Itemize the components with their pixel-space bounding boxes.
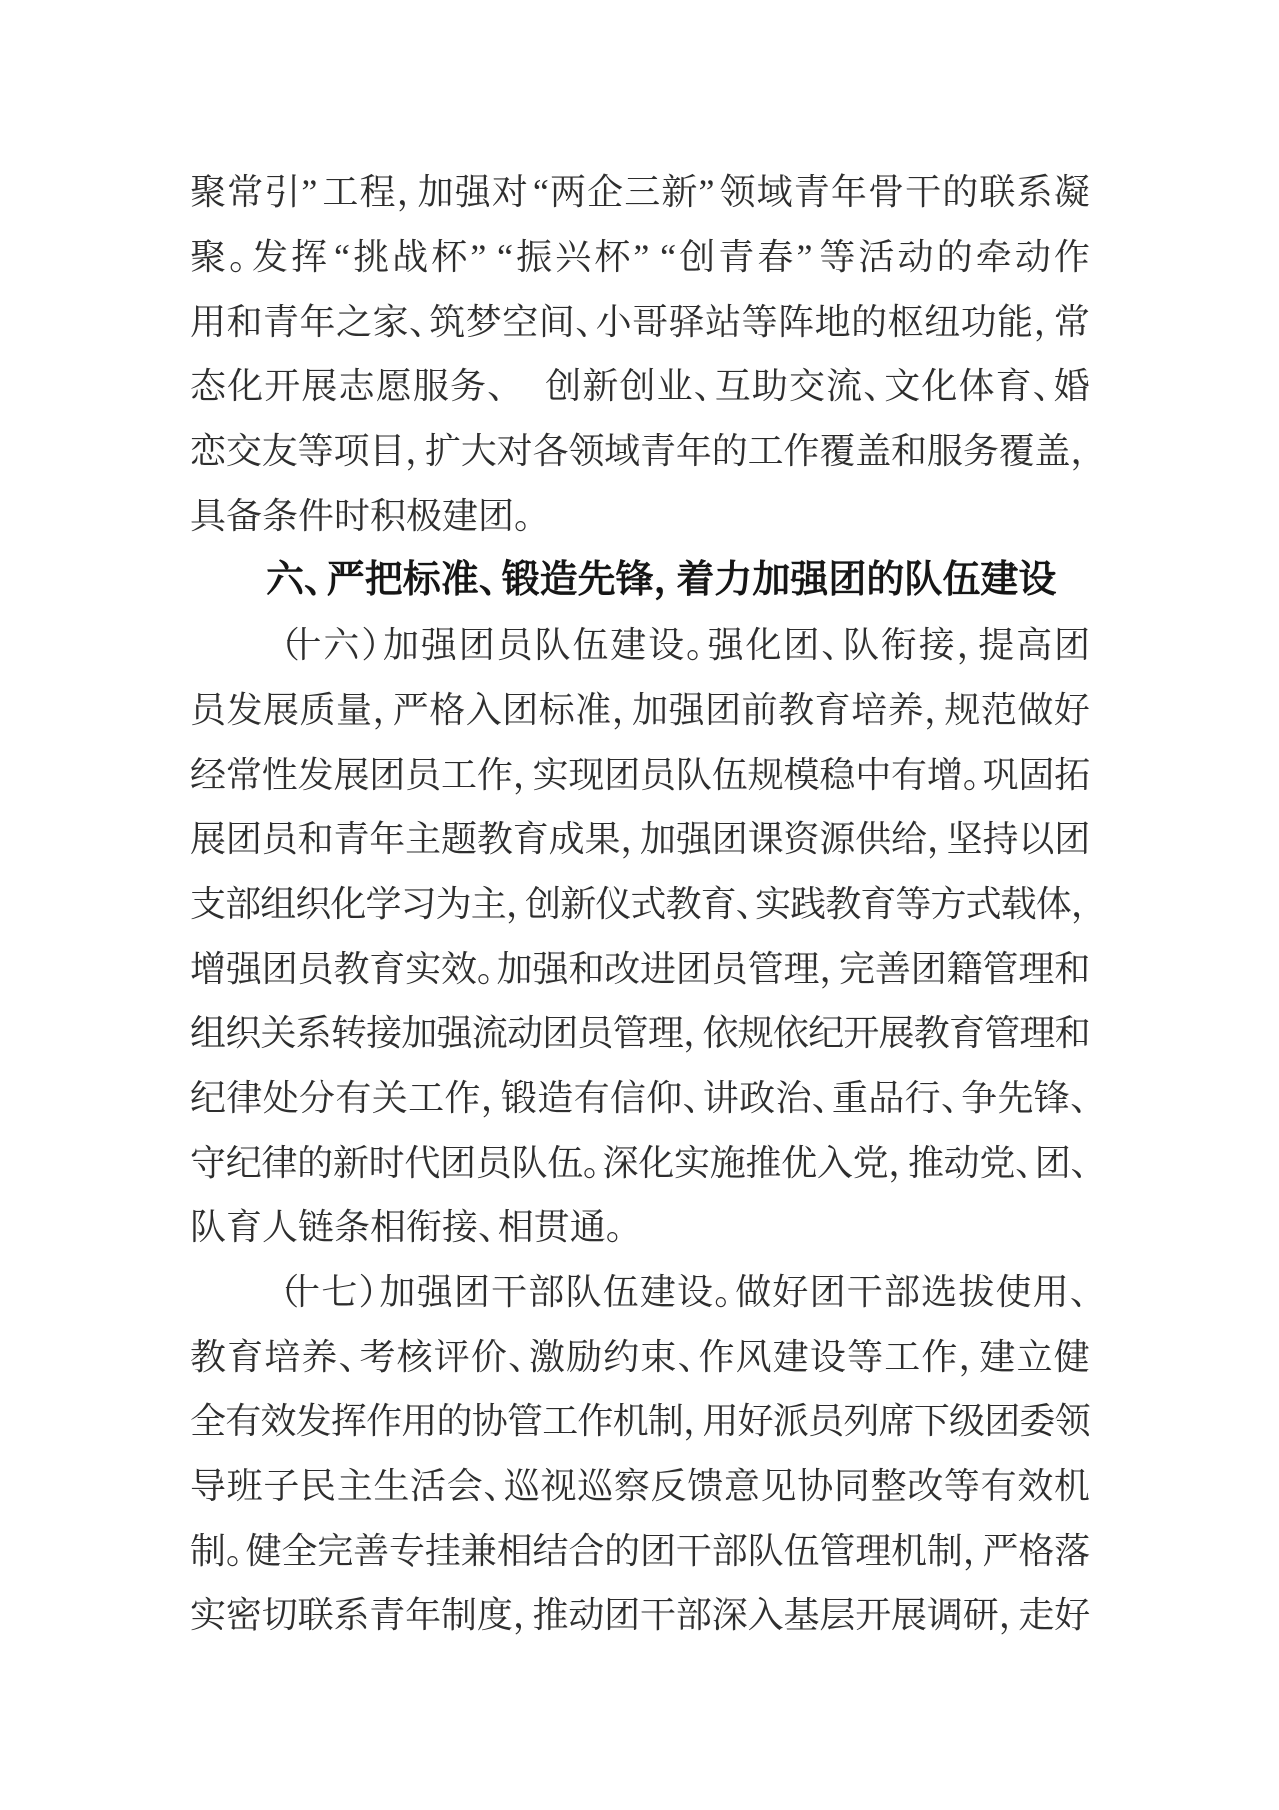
glyph: 理: [648, 1015, 683, 1051]
glyph: 伍: [942, 561, 980, 599]
glyph: 作: [1054, 239, 1090, 275]
glyph: 引: [264, 174, 300, 210]
glyph: 善: [353, 1533, 389, 1569]
glyph: 化: [638, 1145, 674, 1181]
glyph: 强: [532, 951, 568, 987]
text-line: 经常性发展团员工作，实现团员队伍规模稳中有增。巩固拓: [190, 742, 1090, 807]
glyph: 和: [298, 821, 334, 857]
glyph: 筑: [429, 304, 465, 340]
glyph: 格: [1018, 1533, 1054, 1569]
glyph: 争: [961, 1080, 997, 1116]
glyph: ，: [927, 821, 947, 857]
glyph: 纪: [226, 1145, 262, 1181]
glyph: 实: [405, 951, 441, 987]
glyph: 选: [921, 1274, 957, 1310]
glyph: 婚: [1054, 368, 1090, 404]
glyph: 哥: [632, 304, 668, 340]
glyph: 量: [336, 692, 372, 728]
glyph: 队: [565, 1274, 601, 1310]
glyph: 队: [843, 627, 879, 663]
glyph: 员: [476, 1145, 512, 1181]
glyph: 团: [604, 1597, 640, 1633]
glyph: ，: [924, 692, 944, 728]
glyph: 动: [944, 1145, 980, 1181]
glyph: 密: [226, 1597, 262, 1633]
glyph: 人: [262, 1209, 298, 1245]
glyph: 全: [190, 1403, 225, 1439]
glyph: 关: [260, 1015, 295, 1051]
glyph: 教: [914, 1015, 949, 1051]
glyph: 为: [436, 886, 471, 922]
glyph: 纪: [808, 1015, 843, 1051]
glyph: 员: [298, 951, 334, 987]
glyph: 干: [847, 1274, 883, 1310]
glyph: 坚: [947, 821, 983, 857]
glyph: 动: [568, 1597, 604, 1633]
glyph: 。: [606, 1209, 626, 1245]
glyph: 化: [330, 886, 365, 922]
glyph: 会: [447, 1468, 483, 1504]
glyph: 加: [640, 821, 676, 857]
glyph: 设: [648, 627, 684, 663]
glyph: 机: [891, 1533, 927, 1569]
glyph: 持: [982, 821, 1018, 857]
glyph: 干: [640, 1597, 676, 1633]
glyph: 队: [676, 757, 712, 793]
glyph: 团: [810, 1274, 846, 1310]
glyph: 中: [855, 757, 891, 793]
glyph: 作: [477, 757, 513, 793]
glyph: 践: [790, 886, 825, 922]
glyph: 育: [513, 821, 549, 857]
glyph: 使: [996, 1274, 1032, 1310]
glyph: 企: [587, 174, 623, 210]
glyph: 驿: [669, 304, 705, 340]
glyph: 对: [497, 433, 533, 469]
glyph: 大: [461, 433, 497, 469]
glyph: 域: [757, 174, 793, 210]
glyph: 强: [669, 692, 705, 728]
glyph: 式: [966, 886, 1001, 922]
glyph: 加: [497, 951, 533, 987]
glyph: 导: [190, 1468, 226, 1504]
glyph: 十: [284, 1274, 320, 1310]
glyph: 关: [372, 1080, 408, 1116]
glyph: 基: [783, 1597, 819, 1633]
glyph: 实: [674, 1145, 710, 1181]
glyph: ）: [359, 1274, 379, 1310]
glyph: 年: [405, 1597, 441, 1633]
glyph: 经: [190, 757, 226, 793]
glyph: 守: [190, 1145, 226, 1181]
glyph: 层: [819, 1597, 855, 1633]
glyph: 愿: [376, 368, 412, 404]
glyph: 建: [773, 1339, 809, 1375]
glyph: ，: [513, 1597, 533, 1633]
glyph: 实: [190, 1597, 226, 1633]
glyph: 团: [640, 1533, 676, 1569]
glyph: 设: [1018, 561, 1056, 599]
glyph: 展: [263, 692, 299, 728]
glyph: ，: [1070, 433, 1090, 469]
glyph: 建: [980, 561, 1018, 599]
glyph: 挥: [291, 239, 327, 275]
glyph: 养: [888, 692, 924, 728]
glyph: 团: [262, 951, 298, 987]
glyph: 管: [613, 1015, 648, 1051]
glyph: 落: [1054, 1533, 1090, 1569]
glyph: 席: [879, 1403, 914, 1439]
glyph: 仪: [595, 886, 630, 922]
glyph: 、: [1033, 368, 1053, 404]
glyph: 伍: [572, 627, 608, 663]
glyph: 动: [898, 239, 934, 275]
glyph: 服: [927, 433, 963, 469]
glyph: 牵: [976, 239, 1012, 275]
glyph: 常: [226, 757, 262, 793]
glyph: 。: [963, 757, 983, 793]
glyph: 工: [408, 1080, 444, 1116]
glyph: 严: [327, 561, 365, 599]
glyph: 的: [297, 1145, 333, 1181]
glyph: 深: [603, 1145, 639, 1181]
glyph: 党: [979, 1145, 1015, 1181]
glyph: 的: [712, 433, 748, 469]
glyph: 发: [252, 239, 288, 275]
glyph: 开: [855, 1597, 891, 1633]
glyph: 理: [783, 951, 819, 987]
glyph: 分: [299, 1080, 335, 1116]
glyph: 教: [477, 821, 513, 857]
glyph: 领: [719, 174, 755, 210]
glyph: ，: [1034, 304, 1054, 340]
glyph: 班: [227, 1468, 263, 1504]
glyph: 机: [1054, 1468, 1090, 1504]
glyph: 重: [832, 1080, 868, 1116]
glyph: 风: [736, 1339, 772, 1375]
glyph: ，: [888, 1145, 908, 1181]
glyph: 创: [525, 886, 560, 922]
glyph: 载: [1001, 886, 1036, 922]
glyph: 间: [539, 304, 575, 340]
glyph: 考: [360, 1339, 396, 1375]
glyph: 六: [323, 627, 359, 663]
glyph: 教: [825, 886, 860, 922]
glyph: 标: [403, 561, 441, 599]
glyph: 效: [260, 1403, 295, 1439]
glyph: 条: [262, 498, 298, 534]
glyph: 青: [640, 433, 676, 469]
glyph: 强: [421, 627, 457, 663]
glyph: 管: [982, 951, 1018, 987]
glyph: 生: [373, 1468, 409, 1504]
glyph: 子: [263, 1468, 299, 1504]
glyph: 设: [810, 1339, 846, 1375]
glyph: 制: [648, 1403, 683, 1439]
glyph: 伍: [603, 1274, 639, 1310]
glyph: 年: [369, 821, 405, 857]
text-line: 增强团员教育实效。加强和改进团员管理，完善团籍管理和: [190, 936, 1090, 1001]
glyph: 改: [604, 951, 640, 987]
glyph: 列: [843, 1403, 878, 1439]
document-text-block: 聚常引”工程，加强对“两企三新”领域青年骨干的联系凝聚。发挥“挑战杯”“振兴杯”…: [190, 160, 1090, 1648]
glyph: 等: [847, 1339, 883, 1375]
glyph: 条: [334, 1209, 370, 1245]
glyph: 效: [441, 951, 477, 987]
glyph: 强: [790, 561, 828, 599]
glyph: 育: [996, 368, 1032, 404]
glyph: 聚: [190, 174, 226, 210]
glyph: 团: [369, 757, 405, 793]
glyph: 杯: [594, 239, 630, 275]
glyph: 系: [1017, 174, 1053, 210]
glyph: 发: [227, 692, 263, 728]
glyph: ，: [683, 1015, 702, 1051]
glyph: 理: [855, 1533, 891, 1569]
glyph: 常: [227, 174, 263, 210]
glyph: 走: [1018, 1597, 1054, 1633]
glyph: 服: [413, 368, 449, 404]
glyph: 备: [226, 498, 262, 534]
glyph: 代: [404, 1145, 440, 1181]
glyph: 伍: [547, 1145, 583, 1181]
text-line: 制。健全完善专挂兼相结合的团干部队伍管理机制，严格落: [190, 1518, 1090, 1583]
glyph: 党: [853, 1145, 889, 1181]
glyph: 各: [532, 433, 568, 469]
text-line: （十六）加强团员队伍建设。强化团、队衔接，提高团: [190, 613, 1090, 678]
glyph: 信: [610, 1080, 646, 1116]
glyph: 实: [755, 886, 790, 922]
glyph: ，: [1071, 886, 1090, 922]
glyph: 展: [879, 1015, 914, 1051]
glyph: 处: [263, 1080, 299, 1116]
glyph: 源: [819, 821, 855, 857]
glyph: 健: [246, 1533, 282, 1569]
text-line: 队育人链条相衔接、相贯通。: [190, 1195, 1090, 1260]
glyph: 系: [333, 1597, 369, 1633]
glyph: 衔: [881, 627, 917, 663]
glyph: 建: [442, 498, 478, 534]
glyph: 锋: [616, 561, 654, 599]
glyph: 建: [640, 1274, 676, 1310]
glyph: 团: [783, 627, 819, 663]
glyph: 三: [624, 174, 660, 210]
text-line: 守纪律的新时代团员队伍。深化实施推优入党，推动党、团、: [190, 1130, 1090, 1195]
glyph: 有: [225, 1403, 260, 1439]
glyph: 团: [440, 1145, 476, 1181]
glyph: 着: [676, 561, 714, 599]
glyph: 教: [190, 1339, 226, 1375]
glyph: 项: [333, 433, 369, 469]
glyph: 通: [570, 1209, 606, 1245]
glyph: 、: [1070, 1145, 1090, 1181]
glyph: 的: [866, 561, 904, 599]
glyph: 育: [227, 1339, 263, 1375]
glyph: 恋: [190, 433, 226, 469]
glyph: 式: [630, 886, 665, 922]
glyph: 盖: [1034, 433, 1070, 469]
glyph: 新: [333, 1145, 369, 1181]
glyph: 范: [981, 692, 1017, 728]
glyph: 教: [333, 951, 369, 987]
glyph: 好: [1054, 1597, 1090, 1633]
glyph: 部: [225, 886, 260, 922]
glyph: 工: [322, 174, 358, 210]
text-line: 员发展质量，严格入团标准，加强团前教育培养，规范做好: [190, 678, 1090, 743]
glyph: 展: [190, 821, 226, 857]
text-line: 支部组织化学习为主，创新仪式教育、实践教育等方式载体，: [190, 872, 1090, 937]
glyph: “: [330, 239, 350, 275]
glyph: 有: [335, 1080, 371, 1116]
glyph: ，: [958, 1339, 978, 1375]
glyph: ，: [963, 1533, 983, 1569]
glyph: 态: [190, 368, 226, 404]
glyph: 干: [491, 1274, 527, 1310]
glyph: 领: [568, 433, 604, 469]
glyph: 团: [984, 1403, 1019, 1439]
glyph: 强: [676, 821, 712, 857]
glyph: 好: [1054, 692, 1090, 728]
glyph: 模: [783, 757, 819, 793]
glyph: 约: [603, 1339, 639, 1375]
glyph: 有: [574, 1080, 610, 1116]
glyph: ”: [301, 174, 321, 210]
glyph: 相: [497, 1533, 533, 1569]
glyph: 派: [773, 1403, 808, 1439]
glyph: 团: [911, 951, 947, 987]
glyph: 覆: [819, 433, 855, 469]
glyph: 优: [781, 1145, 817, 1181]
text-line: 纪律处分有关工作，锻造有信仰、讲政治、重品行、争先锋、: [190, 1066, 1090, 1131]
glyph: 小: [596, 304, 632, 340]
glyph: 、: [678, 1339, 698, 1375]
glyph: 设: [677, 1274, 713, 1310]
glyph: 专: [389, 1533, 425, 1569]
glyph: 件: [298, 498, 334, 534]
glyph: 作: [783, 433, 819, 469]
glyph: 极: [406, 498, 442, 534]
glyph: 作: [444, 1080, 480, 1116]
glyph: 团: [676, 951, 712, 987]
glyph: 展: [301, 368, 337, 404]
glyph: 效: [1017, 1468, 1053, 1504]
glyph: 加: [418, 174, 454, 210]
glyph: 阵: [778, 304, 814, 340]
glyph: 盖: [855, 433, 891, 469]
glyph: 、: [409, 304, 429, 340]
glyph: 建: [610, 627, 646, 663]
glyph: 准: [441, 561, 479, 599]
glyph: 完: [839, 951, 875, 987]
glyph: 先: [578, 561, 616, 599]
glyph: 加: [632, 692, 668, 728]
glyph: 相: [370, 1209, 406, 1245]
glyph: 提: [978, 627, 1014, 663]
glyph: 纪: [190, 1080, 226, 1116]
glyph: 队: [904, 561, 942, 599]
glyph: 时: [369, 1145, 405, 1181]
glyph: 见: [761, 1468, 797, 1504]
glyph: 干: [676, 1533, 712, 1569]
glyph: 动: [1015, 239, 1051, 275]
glyph: 联: [298, 1597, 334, 1633]
glyph: 律: [226, 1080, 262, 1116]
glyph: 对: [492, 174, 528, 210]
glyph: 有: [981, 1468, 1017, 1504]
glyph: 视: [541, 1468, 577, 1504]
glyph: 空: [502, 304, 538, 340]
glyph: 治: [775, 1080, 811, 1116]
glyph: 的: [937, 239, 973, 275]
glyph: 务: [963, 433, 999, 469]
glyph: 等: [895, 886, 930, 922]
glyph: 理: [1019, 1015, 1054, 1051]
glyph: 推: [745, 1145, 781, 1181]
glyph: 员: [190, 692, 226, 728]
glyph: 稳: [819, 757, 855, 793]
glyph: 性: [262, 757, 298, 793]
glyph: 先: [997, 1080, 1033, 1116]
glyph: 仰: [646, 1080, 682, 1116]
glyph: 育: [949, 1015, 984, 1051]
glyph: 接: [919, 627, 955, 663]
glyph: 固: [1018, 757, 1054, 793]
glyph: 新: [661, 174, 697, 210]
glyph: 好: [738, 1403, 773, 1439]
glyph: 作: [366, 1403, 401, 1439]
glyph: 干: [905, 174, 941, 210]
glyph: 战: [392, 239, 428, 275]
glyph: 新: [582, 368, 618, 404]
glyph: 域: [604, 433, 640, 469]
glyph: 造: [537, 1080, 573, 1116]
glyph: 员: [712, 951, 748, 987]
glyph: 育: [701, 886, 736, 922]
glyph: 反: [651, 1468, 687, 1504]
glyph: 主: [471, 886, 506, 922]
glyph: 巩: [982, 757, 1018, 793]
glyph: 展: [333, 757, 369, 793]
glyph: 价: [471, 1339, 507, 1375]
glyph: 格: [429, 692, 465, 728]
glyph: 善: [875, 951, 911, 987]
glyph: 加: [401, 1015, 436, 1051]
glyph: 新: [560, 886, 595, 922]
glyph: ，: [620, 821, 640, 857]
glyph: 加: [380, 1274, 416, 1310]
glyph: 规: [738, 1015, 773, 1051]
glyph: （: [263, 1274, 283, 1310]
text-line: 组织关系转接加强流动团员管理，依规依纪开展教育管理和: [190, 1001, 1090, 1066]
glyph: 工: [441, 757, 477, 793]
glyph: 机: [613, 1403, 648, 1439]
glyph: 巡: [577, 1468, 613, 1504]
glyph: 有: [891, 757, 927, 793]
glyph: 贯: [534, 1209, 570, 1245]
glyph: 建: [979, 1339, 1015, 1375]
glyph: 拓: [1054, 757, 1090, 793]
glyph: 、: [1015, 1145, 1035, 1181]
section-heading: 六、严把标准、锻造先锋，着力加强团的队伍建设: [190, 548, 1090, 613]
paragraph-indent: [190, 1292, 262, 1293]
glyph: 、: [575, 304, 595, 340]
glyph: 挂: [425, 1533, 461, 1569]
glyph: 增: [927, 757, 963, 793]
glyph: 友: [262, 433, 298, 469]
glyph: 、: [483, 1468, 503, 1504]
glyph: 流: [472, 1015, 507, 1051]
glyph: 等: [742, 304, 778, 340]
